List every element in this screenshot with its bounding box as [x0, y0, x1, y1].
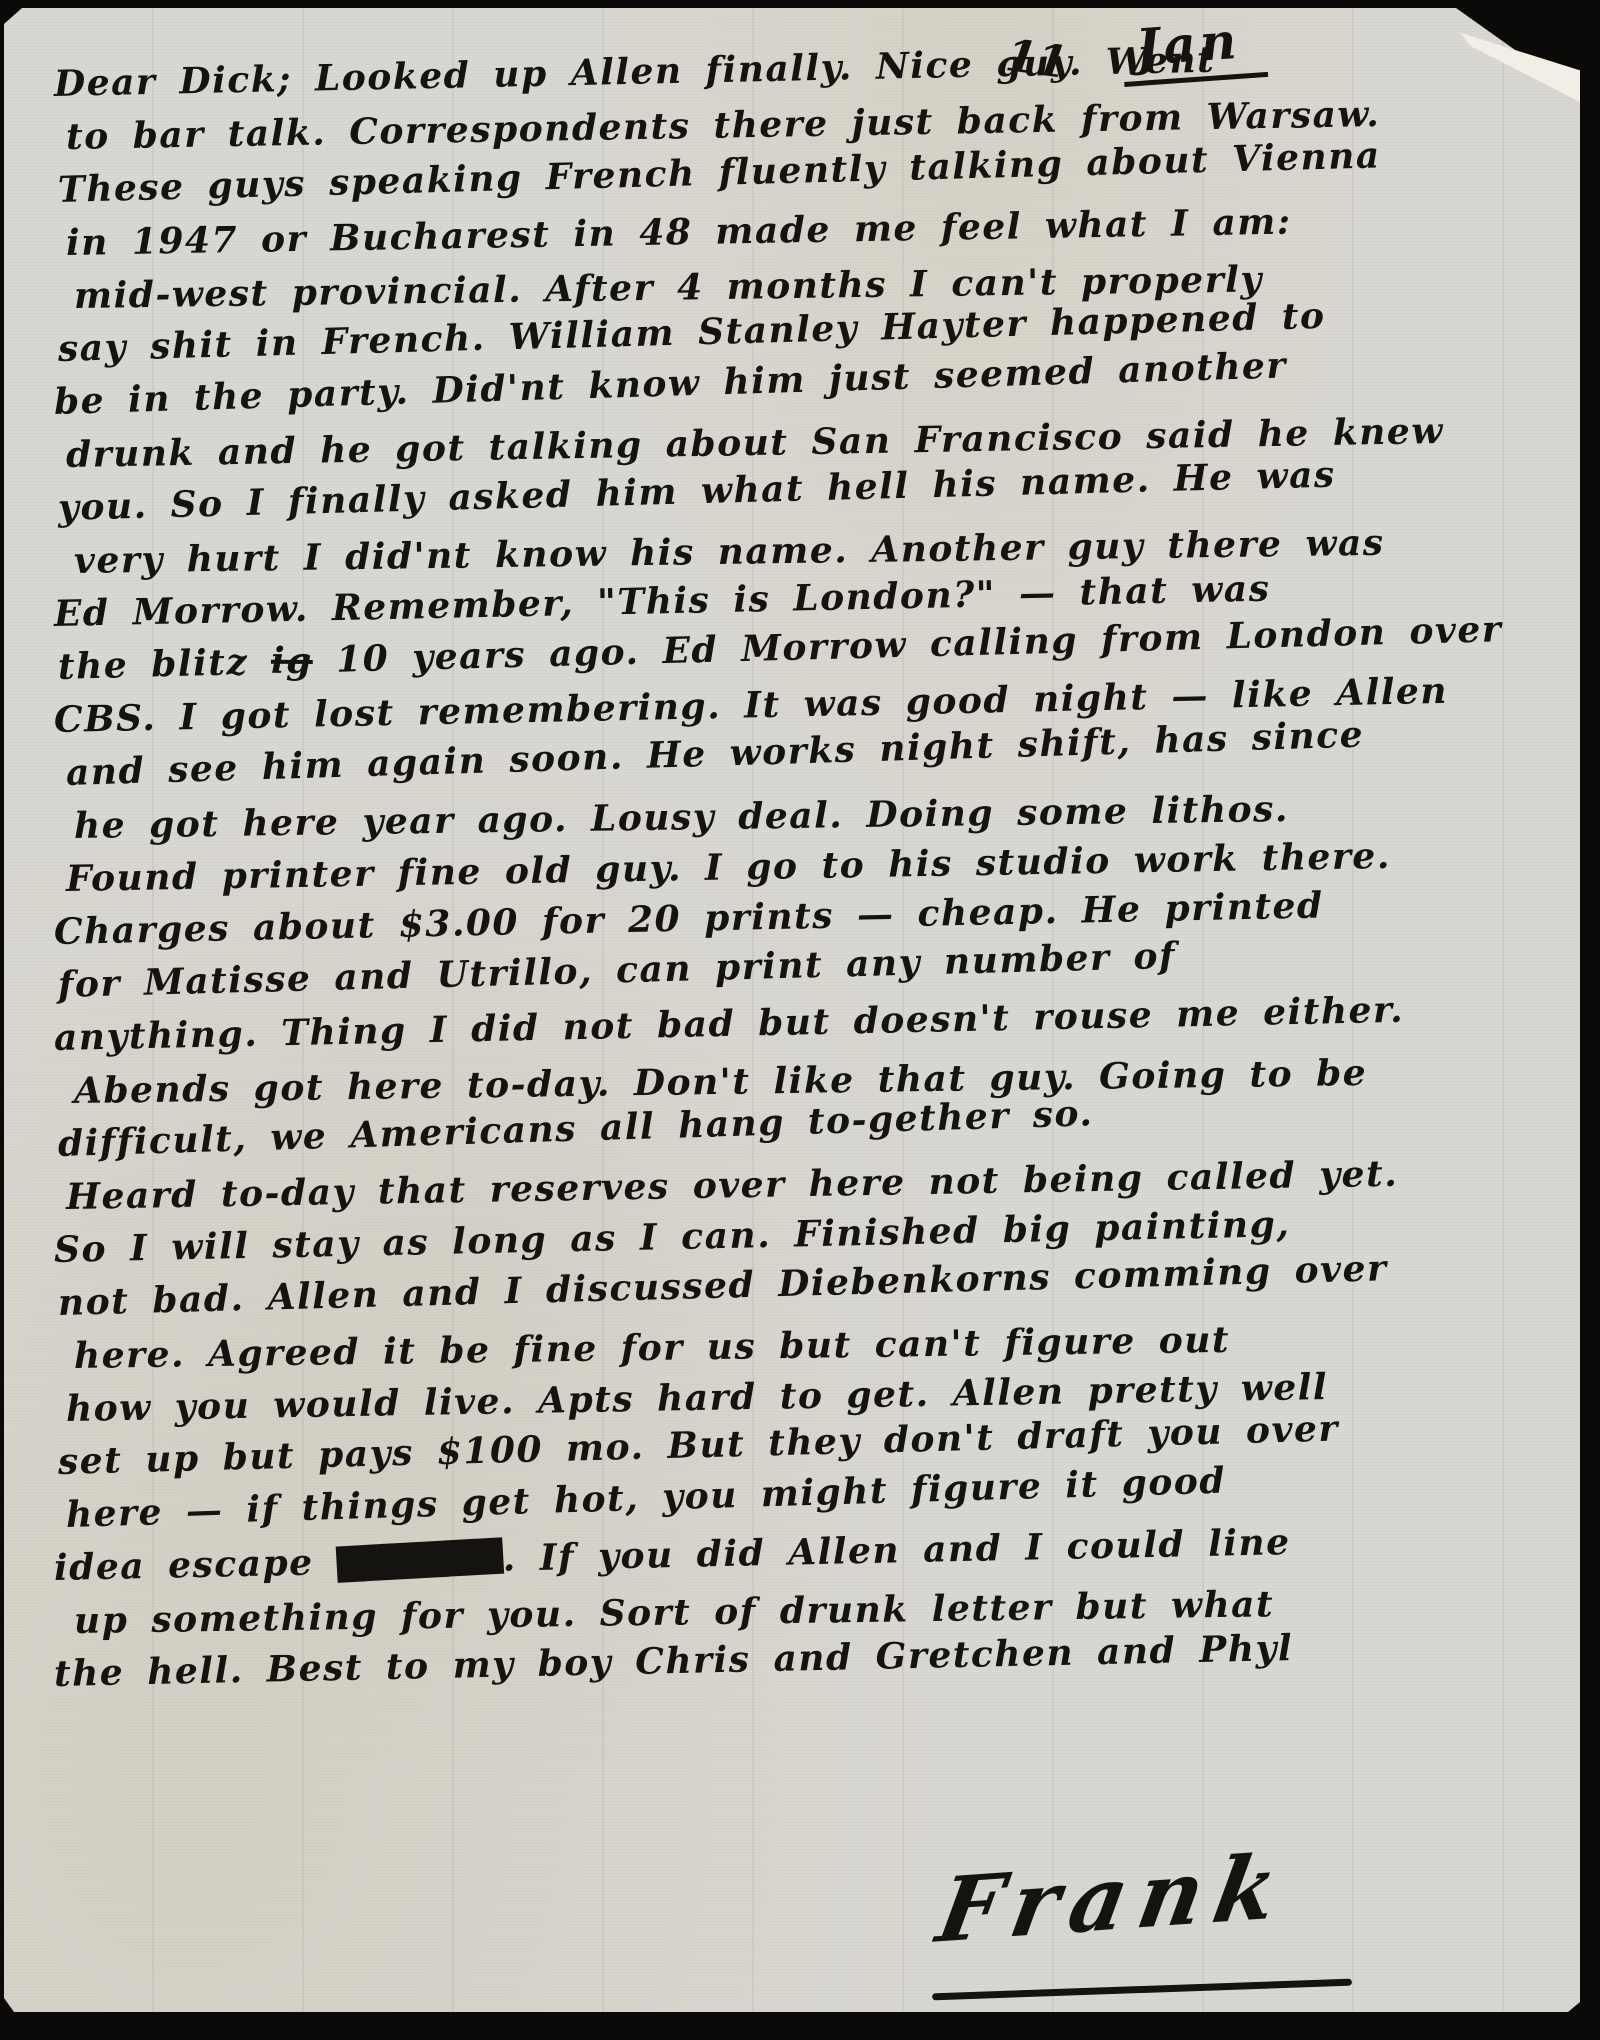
- letter-paper: 11 Jan Dear Dick; Looked up Allen finall…: [4, 8, 1580, 2012]
- signature: Frank: [930, 1833, 1297, 1963]
- scanned-letter-page: { "letter": { "header": { "page_number":…: [0, 0, 1600, 2040]
- letter-text: idea escape: [54, 1541, 337, 1589]
- letter-text: . If you did Allen and I could line: [502, 1521, 1291, 1579]
- struck-text: ig: [271, 635, 313, 688]
- signature-underline: [932, 1979, 1352, 2001]
- letter-text: the blitz: [57, 640, 271, 688]
- letter-body: Dear Dick; Looked up Allen finally. Nice…: [54, 58, 1554, 1701]
- blackout-text: ██████: [335, 1534, 503, 1588]
